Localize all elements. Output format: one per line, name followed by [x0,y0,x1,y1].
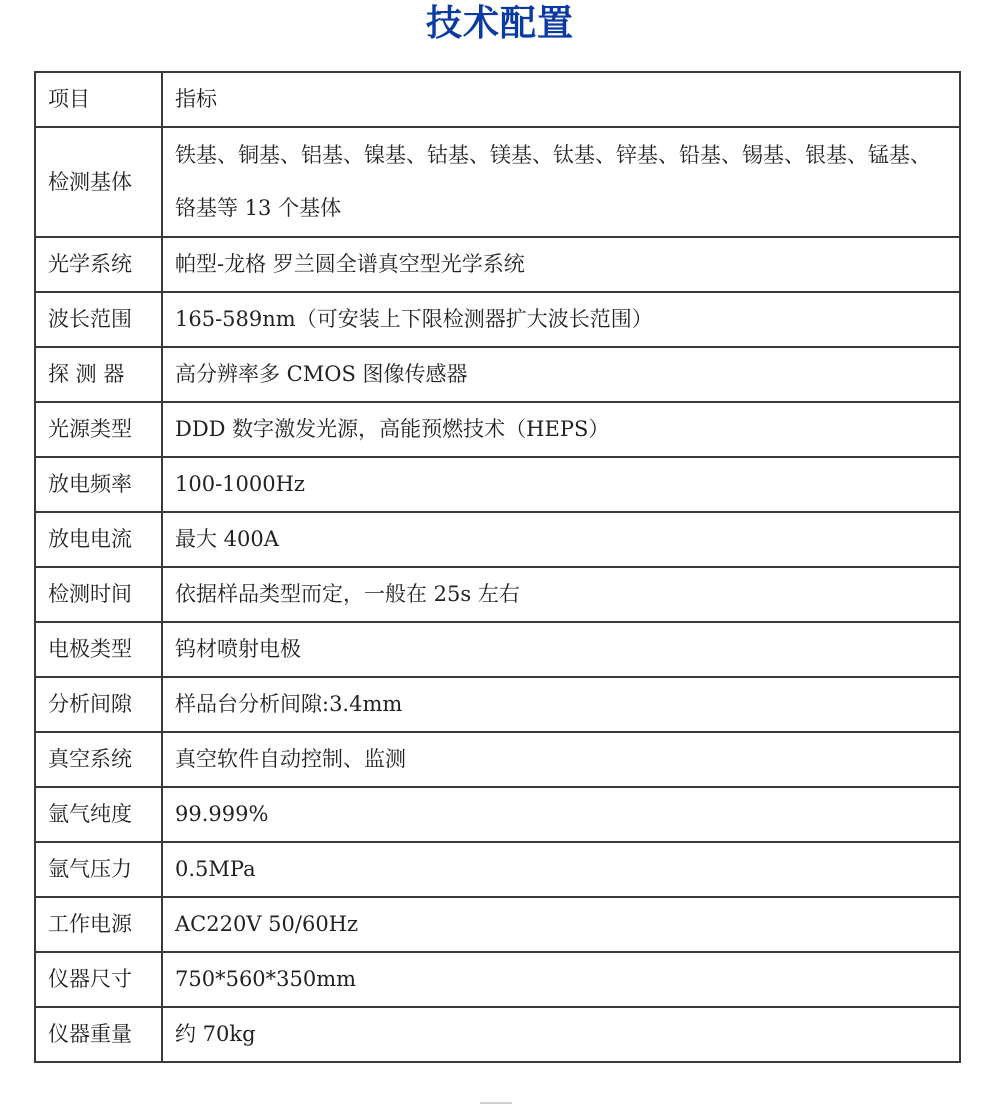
row-value: 钨材喷射电极 [162,622,960,677]
row-value: 依据样品类型而定，一般在 25s 左右 [162,567,960,622]
table-row: 探 测 器 高分辨率多 CMOS 图像传感器 [35,347,960,402]
row-value: 0.5MPa [162,842,960,897]
row-label: 光源类型 [35,402,162,457]
row-label: 检测基体 [35,127,162,237]
table-row: 分析间隙 样品台分析间隙:3.4mm [35,677,960,732]
table-row: 放电电流 最大 400A [35,512,960,567]
header-spec: 指标 [162,72,960,127]
row-label: 波长范围 [35,292,162,347]
table-row: 光源类型 DDD 数字激发光源，高能预燃技术（HEPS） [35,402,960,457]
table-row: 检测时间 依据样品类型而定，一般在 25s 左右 [35,567,960,622]
table-row: 仪器尺寸 750*560*350mm [35,952,960,1007]
table-row: 电极类型 钨材喷射电极 [35,622,960,677]
row-label: 光学系统 [35,237,162,292]
row-label: 放电电流 [35,512,162,567]
row-value: 约 70kg [162,1007,960,1062]
row-value: 100-1000Hz [162,457,960,512]
header-item: 项目 [35,72,162,127]
row-value: 样品台分析间隙:3.4mm [162,677,960,732]
table-row: 放电频率 100-1000Hz [35,457,960,512]
row-value: 165-589nm（可安装上下限检测器扩大波长范围） [162,292,960,347]
row-label: 氩气纯度 [35,787,162,842]
row-value: 帕型-龙格 罗兰圆全谱真空型光学系统 [162,237,960,292]
row-value: 高分辨率多 CMOS 图像传感器 [162,347,960,402]
page-title: 技术配置 [0,0,1000,48]
row-label: 仪器尺寸 [35,952,162,1007]
row-value: DDD 数字激发光源，高能预燃技术（HEPS） [162,402,960,457]
row-value: 最大 400A [162,512,960,567]
table-row: 工作电源 AC220V 50/60Hz [35,897,960,952]
row-label: 仪器重量 [35,1007,162,1062]
row-value: 真空软件自动控制、监测 [162,732,960,787]
row-label: 检测时间 [35,567,162,622]
row-value: 99.999% [162,787,960,842]
table-row: 氩气压力 0.5MPa [35,842,960,897]
row-label: 放电频率 [35,457,162,512]
row-label: 探 测 器 [35,347,162,402]
table-row: 氩气纯度 99.999% [35,787,960,842]
row-label: 氩气压力 [35,842,162,897]
table-row: 仪器重量 约 70kg [35,1007,960,1062]
row-value: 铁基、铜基、铝基、镍基、钴基、镁基、钛基、锌基、铅基、锡基、银基、锰基、铬基等 … [162,127,960,237]
row-value: AC220V 50/60Hz [162,897,960,952]
table-row: 波长范围 165-589nm（可安装上下限检测器扩大波长范围） [35,292,960,347]
row-label: 电极类型 [35,622,162,677]
table-row: 真空系统 真空软件自动控制、监测 [35,732,960,787]
row-label: 真空系统 [35,732,162,787]
spec-table: 项目 指标 检测基体 铁基、铜基、铝基、镍基、钴基、镁基、钛基、锌基、铅基、锡基… [34,71,961,1063]
table-header-row: 项目 指标 [35,72,960,127]
table-row: 检测基体 铁基、铜基、铝基、镍基、钴基、镁基、钛基、锌基、铅基、锡基、银基、锰基… [35,127,960,237]
row-label: 工作电源 [35,897,162,952]
scroll-indicator [480,1102,512,1104]
row-label: 分析间隙 [35,677,162,732]
row-value: 750*560*350mm [162,952,960,1007]
table-row: 光学系统 帕型-龙格 罗兰圆全谱真空型光学系统 [35,237,960,292]
